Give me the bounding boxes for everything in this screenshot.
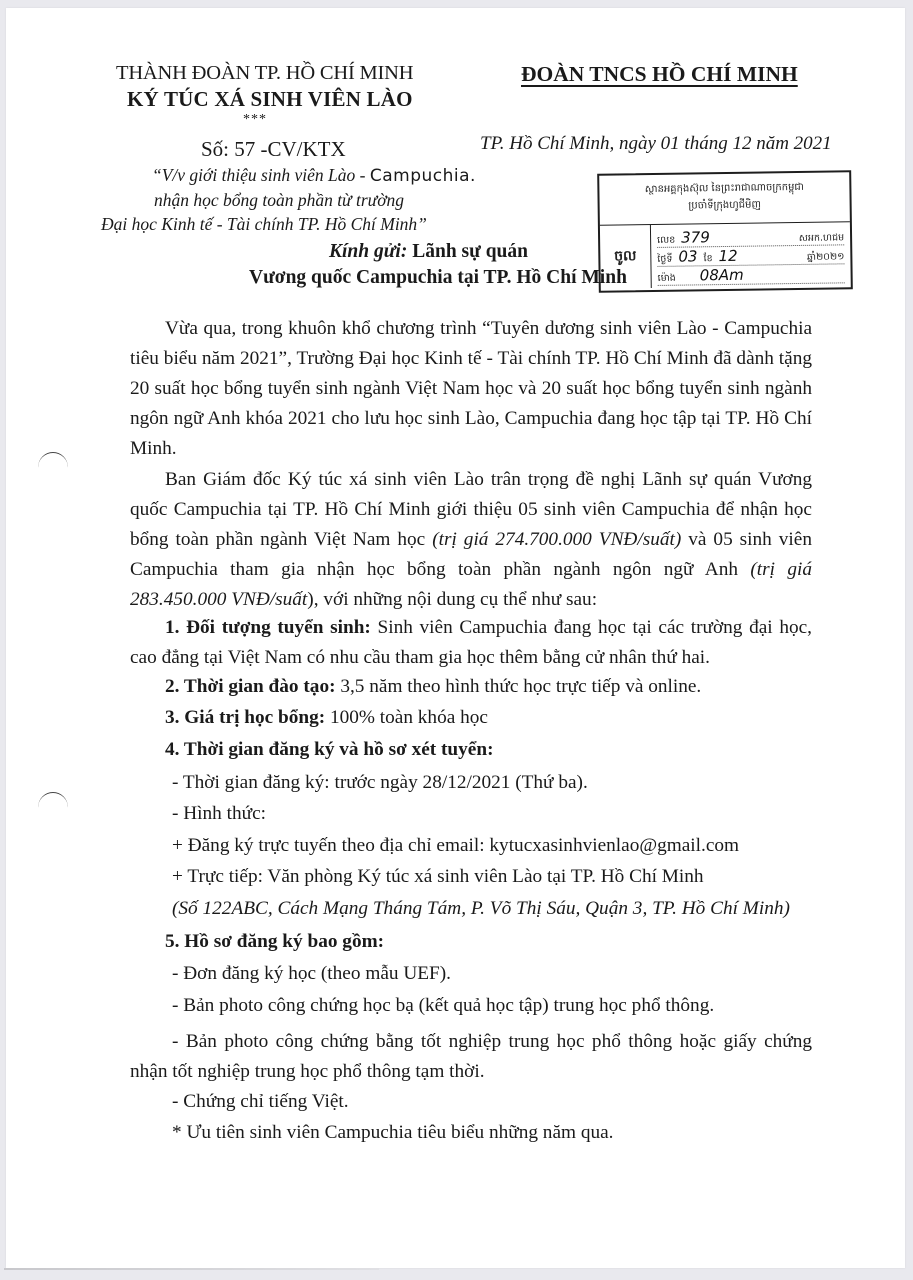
- required-document: - Đơn đăng ký học (theo mẫu UEF).: [172, 963, 451, 985]
- stamp-number-value: 379: [681, 228, 710, 247]
- scholarship-value-vietnamese-studies: (trị giá 274.700.000 VNĐ/suất): [432, 529, 681, 550]
- stamp-year-value: ២០២១: [816, 247, 845, 266]
- recipient-name: Lãnh sự quán: [407, 241, 528, 262]
- consulate-reception-stamp: ស្ថានអគ្គកុងស៊ុល នៃព្រះរាជាណាចក្រកម្ពុជា…: [597, 170, 853, 293]
- header-separator: ***: [243, 112, 267, 128]
- stamp-number-label: លេខ: [657, 231, 675, 250]
- recipient-line-1: Kính gửi: Lãnh sự quán: [329, 241, 528, 263]
- stamp-time-field: ម៉ោង 08Am: [657, 264, 844, 286]
- priority-note: * Ưu tiên sinh viên Campuchia tiêu biểu …: [172, 1122, 613, 1144]
- document-date: TP. Hồ Chí Minh, ngày 01 tháng 12 năm 20…: [480, 133, 832, 155]
- registration-form-label: - Hình thức:: [172, 803, 266, 825]
- stamp-title: ស្ថានអគ្គកុងស៊ុល នៃព្រះរាជាណាចក្រកម្ពុជា…: [599, 172, 850, 225]
- registration-deadline: - Thời gian đăng ký: trước ngày 28/12/20…: [172, 772, 588, 794]
- item-3-text: 100% toàn khóa học: [325, 707, 488, 728]
- stamp-title-line-2: ប្រចាំទីក្រុងហូជីមិញ: [600, 195, 850, 215]
- item-2-text: 3,5 năm theo hình thức học trực tiếp và …: [336, 676, 702, 697]
- subject-line-1: “V/v giới thiệu sinh viên Lào -: [152, 165, 370, 185]
- document-number: Số: 57 -CV/KTX: [201, 137, 346, 162]
- punch-hole-mark-icon: [38, 792, 68, 823]
- page-edge-line: [4, 1268, 379, 1270]
- subject-handwritten-note: Campuchia.: [370, 166, 476, 186]
- stamp-month-value: 12: [718, 247, 737, 266]
- parent-organization: THÀNH ĐOÀN TP. HỒ CHÍ MINH: [116, 62, 413, 85]
- paragraph-2-text-c: ), với những nội dung cụ thể như sau:: [307, 589, 597, 610]
- item-4-label: 4. Thời gian đăng ký và hồ sơ xét tuyển:: [165, 739, 494, 761]
- stamp-time-value: 08Am: [700, 266, 744, 286]
- body-paragraph-2: Ban Giám đốc Ký túc xá sinh viên Lào trâ…: [130, 465, 812, 615]
- stamp-time-label: ម៉ោង: [658, 269, 676, 288]
- required-document: - Bản photo công chứng học bạ (kết quả h…: [172, 995, 714, 1017]
- required-document: - Chứng chỉ tiếng Việt.: [172, 1091, 349, 1113]
- stamp-year-label: ឆ្នាំ: [807, 248, 816, 267]
- item-3-label: 3. Giá trị học bổng:: [165, 707, 325, 728]
- party-organization: ĐOÀN TNCS HỒ CHÍ MINH: [521, 62, 798, 87]
- punch-hole-mark-icon: [38, 452, 68, 483]
- body-paragraph-1: Vừa qua, trong khuôn khổ chương trình “T…: [130, 314, 812, 464]
- stamp-date-label: ថ្ងៃទី: [657, 250, 672, 269]
- registration-online: + Đăng ký trực tuyến theo địa chỉ email:…: [172, 835, 739, 857]
- required-document: - Bản photo công chứng bằng tốt nghiệp t…: [130, 1027, 812, 1087]
- recipient-line-2: Vương quốc Campuchia tại TP. Hồ Chí Minh: [249, 267, 627, 289]
- stamp-number-field: លេខ 379 សអក.ហជម: [657, 226, 844, 248]
- office-address: (Số 122ABC, Cách Mạng Tháng Tám, P. Võ T…: [172, 898, 790, 920]
- registration-in-person: + Trực tiếp: Văn phòng Ký túc xá sinh vi…: [172, 866, 704, 888]
- organization-name: KÝ TÚC XÁ SINH VIÊN LÀO: [127, 87, 413, 112]
- stamp-number-suffix: សអក.ហជម: [799, 228, 844, 248]
- item-2-label: 2. Thời gian đào tạo:: [165, 676, 336, 697]
- stamp-date-field: ថ្ងៃទី 03 ខែ 12 ឆ្នាំ ២០២១: [657, 245, 844, 267]
- item-2-training-duration: 2. Thời gian đào tạo: 3,5 năm theo hình …: [165, 676, 701, 698]
- item-3-scholarship-value: 3. Giá trị học bổng: 100% toàn khóa học: [165, 707, 488, 729]
- subject-line-2: nhận học bổng toàn phần từ trường: [82, 188, 476, 212]
- item-1-target-students: 1. Đối tượng tuyển sinh: Sinh viên Campu…: [130, 613, 812, 673]
- item-5-label: 5. Hồ sơ đăng ký bao gồm:: [165, 931, 384, 953]
- subject-line-3: Đại học Kinh tế - Tài chính TP. Hồ Chí M…: [52, 212, 476, 236]
- item-1-label: 1. Đối tượng tuyển sinh:: [165, 617, 371, 638]
- stamp-day-value: 03: [678, 247, 697, 266]
- recipient-label: Kính gửi:: [329, 241, 407, 262]
- document-subject: “V/v giới thiệu sinh viên Lào - Campuchi…: [130, 163, 476, 236]
